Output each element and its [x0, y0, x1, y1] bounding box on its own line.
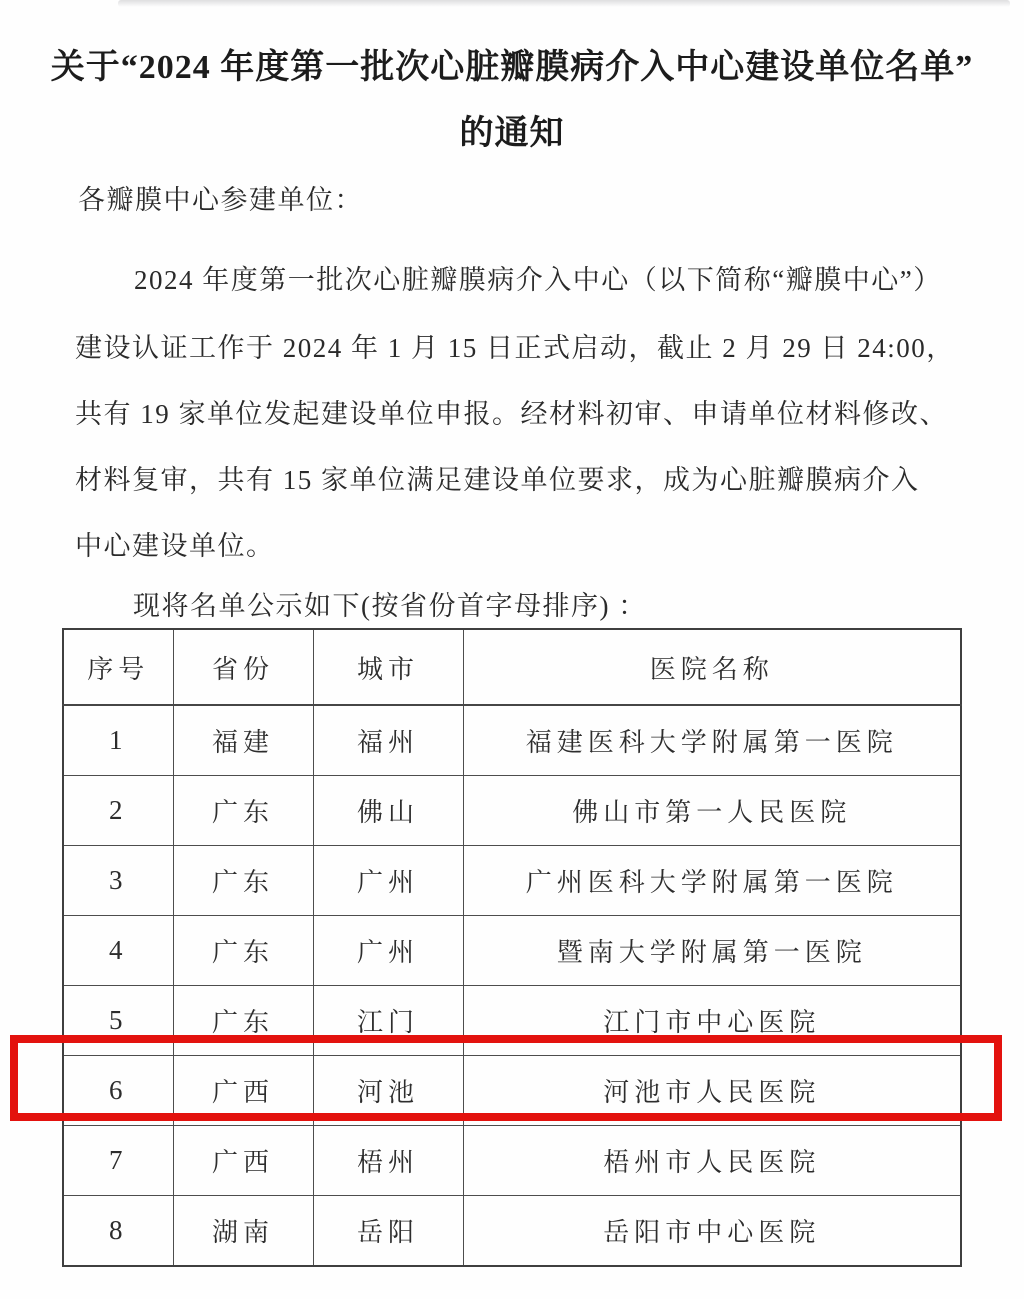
- notice-title-line2: 的通知: [0, 110, 1024, 158]
- table-row-highlighted: 6 广西 河池 河池市人民医院: [63, 1056, 961, 1126]
- cell-province: 湖南: [173, 1196, 313, 1267]
- cell-city: 福州: [313, 705, 463, 776]
- cell-city: 广州: [313, 846, 463, 916]
- table-row: 7 广西 梧州 梧州市人民医院: [63, 1126, 961, 1196]
- cell-no: 8: [63, 1196, 173, 1267]
- cell-city: 梧州: [313, 1126, 463, 1196]
- cell-no: 7: [63, 1126, 173, 1196]
- paragraph-line-6: 现将名单公示如下(按省份首字母排序) ：: [133, 586, 647, 626]
- cell-no: 5: [63, 986, 173, 1056]
- cell-hospital: 广州医科大学附属第一医院: [463, 846, 961, 916]
- cell-city: 佛山: [313, 776, 463, 846]
- table-row: 2 广东 佛山 佛山市第一人民医院: [63, 776, 961, 846]
- cell-no: 1: [63, 705, 173, 776]
- table-row: 5 广东 江门 江门市中心医院: [63, 986, 961, 1056]
- cell-province: 广东: [173, 916, 313, 986]
- table-row: 4 广东 广州 暨南大学附属第一医院: [63, 916, 961, 986]
- header-cell-city: 城市: [313, 629, 463, 705]
- cell-no: 3: [63, 846, 173, 916]
- cell-province: 广东: [173, 986, 313, 1056]
- cell-hospital: 岳阳市中心医院: [463, 1196, 961, 1267]
- cell-hospital: 河池市人民医院: [463, 1056, 961, 1126]
- cell-province: 广西: [173, 1056, 313, 1126]
- scan-artifact-smudge: [118, 0, 1010, 7]
- cell-city: 广州: [313, 916, 463, 986]
- hospitals-table: 序号 省份 城市 医院名称 1 福建 福州 福建医科大学附属第一医院 2 广东 …: [62, 628, 962, 1267]
- cell-province: 广东: [173, 776, 313, 846]
- paragraph-line-5: 中心建设单位。: [75, 526, 275, 566]
- cell-city: 江门: [313, 986, 463, 1056]
- cell-city: 河池: [313, 1056, 463, 1126]
- header-cell-no: 序号: [63, 629, 173, 705]
- cell-hospital: 佛山市第一人民医院: [463, 776, 961, 846]
- cell-no: 4: [63, 916, 173, 986]
- paragraph-line-2: 建设认证工作于 2024 年 1 月 15 日正式启动，截止 2 月 29 日 …: [75, 328, 955, 368]
- paragraph-line-1: 2024 年度第一批次心脏瓣膜病介入中心（以下简称“瓣膜中心”）: [134, 260, 942, 300]
- cell-no: 6: [63, 1056, 173, 1126]
- cell-hospital: 江门市中心医院: [463, 986, 961, 1056]
- scanned-notice-page: 关于“2024 年度第一批次心脏瓣膜病介入中心建设单位名单” 的通知 各瓣膜中心…: [0, 0, 1024, 1299]
- cell-city: 岳阳: [313, 1196, 463, 1267]
- cell-province: 广西: [173, 1126, 313, 1196]
- header-cell-province: 省份: [173, 629, 313, 705]
- cell-province: 广东: [173, 846, 313, 916]
- table-row: 3 广东 广州 广州医科大学附属第一医院: [63, 846, 961, 916]
- cell-hospital: 福建医科大学附属第一医院: [463, 705, 961, 776]
- cell-no: 2: [63, 776, 173, 846]
- cell-hospital: 梧州市人民医院: [463, 1126, 961, 1196]
- cell-hospital: 暨南大学附属第一医院: [463, 916, 961, 986]
- salutation-line: 各瓣膜中心参建单位：: [78, 180, 363, 220]
- table-row: 8 湖南 岳阳 岳阳市中心医院: [63, 1196, 961, 1267]
- paragraph-line-4: 材料复审，共有 15 家单位满足建设单位要求，成为心脏瓣膜病介入: [75, 460, 920, 500]
- table-header-row: 序号 省份 城市 医院名称: [63, 629, 961, 705]
- cell-province: 福建: [173, 705, 313, 776]
- notice-title-line1: 关于“2024 年度第一批次心脏瓣膜病介入中心建设单位名单”: [0, 44, 1024, 92]
- paragraph-line-3: 共有 19 家单位发起建设单位申报。经材料初审、申请单位材料修改、: [75, 394, 948, 434]
- table-row: 1 福建 福州 福建医科大学附属第一医院: [63, 705, 961, 776]
- header-cell-hospital: 医院名称: [463, 629, 961, 705]
